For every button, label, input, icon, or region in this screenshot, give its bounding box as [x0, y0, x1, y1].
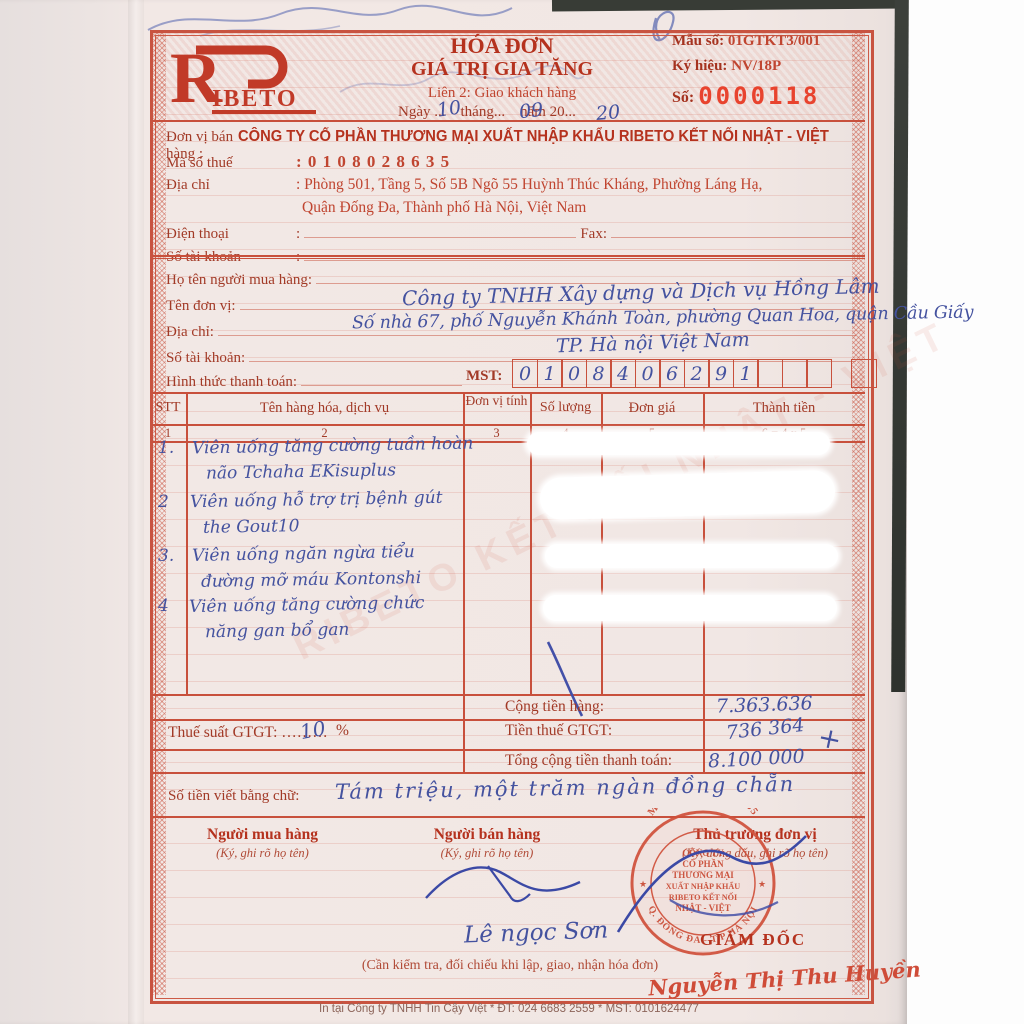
subtotal-label: Cộng tiền hàng: [505, 698, 604, 716]
seller-signature-squiggle [418, 858, 588, 918]
print-shop-line: In tại Công ty TNHH Tin Cậy Việt * ĐT: 0… [150, 1003, 868, 1015]
invoice-subtitle: GIÁ TRỊ GIA TĂNG [372, 58, 632, 81]
header-unit: Đơn vị tính [463, 394, 530, 408]
mst-digit-box: 0 [635, 359, 661, 388]
redaction-stroke [543, 595, 837, 621]
vat-rate-handwritten: 10 [298, 716, 327, 744]
row-stt: 1. [158, 438, 174, 458]
mst-digit-box [806, 359, 832, 388]
buyer-address-label: Địa chỉ: [166, 324, 214, 341]
ribeto-logo: R IBETO [168, 36, 328, 120]
buyer-payment-row: Hình thức thanh toán: [166, 370, 466, 391]
mst-digit-box: 1 [537, 359, 563, 388]
header-amount: Thành tiền [703, 400, 865, 417]
date-dots-3: ... [565, 104, 576, 120]
row-name-line2: the Gout10 [203, 516, 300, 538]
buyer-person-label: Họ tên người mua hàng: [166, 272, 312, 289]
row-name-line1: Viên uống tăng cường chức [189, 593, 425, 617]
seller-tax-row: Mã số thuế : 0 1 0 8 0 2 8 6 3 5 [166, 152, 860, 172]
mst-digit-box: 1 [733, 359, 759, 388]
seller-phone-row: Điện thoại : Fax: [166, 222, 860, 243]
seller-address-label: Địa chỉ [166, 177, 296, 194]
redaction-stroke [527, 432, 830, 455]
mst-digit-box: 0 [561, 359, 587, 388]
buyer-payment-blank [301, 370, 462, 386]
seller-tax-value: : 0 1 0 8 0 2 8 6 3 5 [296, 152, 450, 172]
form-label: Mẫu số: [672, 33, 724, 49]
row-stt: 4 [158, 596, 169, 616]
fax-blank [611, 222, 856, 238]
invoice-number-label: Số: [672, 89, 694, 106]
buyer-payment-label: Hình thức thanh toán: [166, 374, 297, 391]
mst-digit-box: 4 [610, 359, 636, 388]
amount-in-words-label: Số tiền viết bằng chữ: [168, 788, 299, 805]
divider-seller-1 [153, 255, 865, 257]
phone-blank [304, 222, 576, 238]
form-value: 01GTKT3/001 [728, 33, 821, 49]
seller-address-line2: Quận Đống Đa, Thành phố Hà Nội, Việt Nam [302, 199, 586, 217]
row-stt: 3. [158, 546, 174, 566]
row-name-line2: năng gan bổ gan [205, 620, 350, 643]
mst-digit-box: 2 [684, 359, 710, 388]
seller-name-value: CÔNG TY CỔ PHẦN THƯƠNG MẠI XUẤT NHẬP KHẨ… [238, 128, 829, 146]
serial-value: NV/18P [731, 58, 781, 74]
director-title: GIÁM ĐỐC [700, 930, 806, 950]
mst-digit-box: 8 [586, 359, 612, 388]
mst-digit-box: 0 [512, 359, 538, 388]
paper-fold-shadow [128, 0, 144, 1024]
seller-phone-label: Điện thoại [166, 226, 296, 243]
buyer-sign-title: Người mua hàng [180, 826, 345, 844]
buyer-sign-sub: (Ký, ghi rõ họ tên) [180, 846, 345, 861]
row-name-line1: Viên uống ngăn ngừa tiểu [192, 542, 415, 566]
invoice-number-value: 0000118 [698, 82, 820, 110]
header-name: Tên hàng hóa, dịch vụ [186, 400, 463, 417]
form-number-line: Mẫu số: 01GTKT3/001 [672, 33, 820, 50]
seller-address-row: Địa chỉ : Phòng 501, Tầng 5, Số 5B Ngõ 5… [166, 176, 860, 194]
fax-label: Fax: [580, 226, 607, 243]
mst-digit-box [757, 359, 783, 388]
divider-header [153, 120, 865, 122]
seller-signature-name: Lê ngọc Sơn [464, 917, 609, 948]
seller-tax-label: Mã số thuế [166, 155, 296, 172]
vat-rate-percent: % [336, 722, 349, 740]
buyer-account-label: Số tài khoản: [166, 350, 245, 367]
seller-phone-colon: : [296, 226, 300, 243]
scanned-vat-invoice: RIBETO KẾT NỐI NHẬT - VIỆT R IBETO HÓA Đ… [0, 0, 1024, 1024]
date-label-month: tháng... [461, 104, 506, 120]
header-price: Đơn giá [601, 400, 703, 417]
date-day-handwritten: 10 [436, 96, 463, 121]
total-label: Tổng cộng tiền thanh toán: [505, 752, 672, 770]
serial-label: Ký hiệu: [672, 58, 727, 74]
invoice-title: HÓA ĐƠN [392, 33, 612, 59]
mst-check-box [851, 359, 877, 388]
mst-digit-box: 9 [708, 359, 734, 388]
seller-address-line1: : Phòng 501, Tầng 5, Số 5B Ngõ 55 Huỳnh … [296, 176, 762, 194]
row-stt: 2 [158, 492, 169, 512]
logo-letters-ibeto: IBETO [212, 86, 298, 112]
mst-digit-box: 6 [659, 359, 685, 388]
header-stt: STT [150, 400, 186, 416]
row-name-line2: não Tchaha EKisuplus [206, 460, 396, 483]
divider-seller-2 [153, 258, 865, 259]
seller-sign-title: Người bán hàng [402, 826, 572, 844]
row-name-line2: đường mỡ máu Kontonshi [201, 568, 422, 592]
redaction-stroke [545, 544, 838, 568]
vat-label: Tiền thuế GTGT: [505, 722, 612, 740]
redaction-stroke [539, 470, 835, 520]
buyer-mst-label: MST: [466, 368, 502, 385]
invoice-copy-line: Liên 2: Giao khách hàng [382, 85, 622, 102]
invoice-number-line: Số: 0000118 [672, 82, 820, 110]
mst-digit-box [782, 359, 808, 388]
serial-line: Ký hiệu: NV/18P [672, 58, 781, 75]
date-label-day: Ngày [398, 104, 431, 120]
header-qty: Số lượng [530, 400, 601, 416]
seller-address-row2: Quận Đống Đa, Thành phố Hà Nội, Việt Nam [166, 199, 860, 217]
buyer-mst-boxes: 0 1 0 8 4 0 6 2 9 1 [512, 359, 875, 388]
date-line: Ngày ... tháng... năm 20... [398, 104, 628, 121]
check-note: (Cần kiểm tra, đối chiếu khi lập, giao, … [310, 958, 710, 974]
buyer-company-label: Tên đơn vị: [166, 298, 236, 315]
